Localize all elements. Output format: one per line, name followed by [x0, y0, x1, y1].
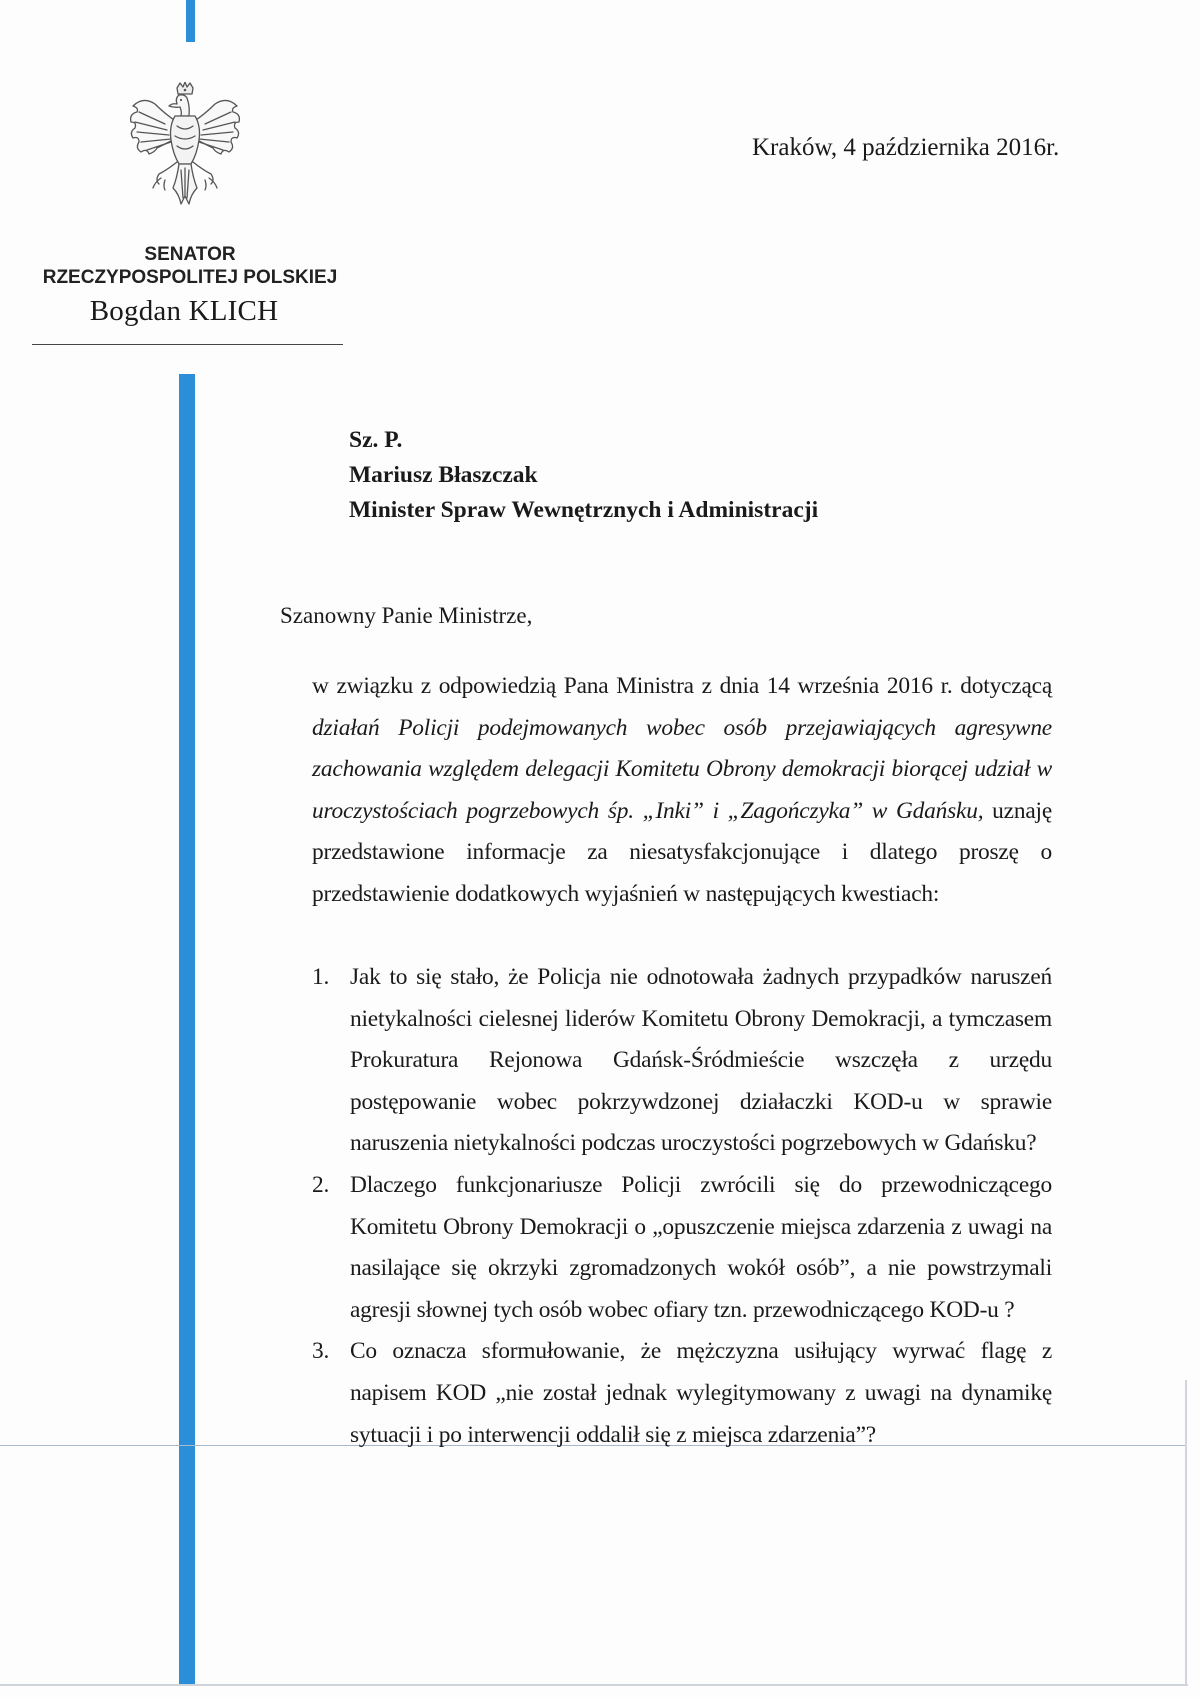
- question-text: Jak to się stało, że Policja nie odnotow…: [350, 964, 1052, 1156]
- recipient-block: Sz. P. Mariusz Błaszczak Minister Spraw …: [349, 423, 818, 528]
- date-line: Kraków, 4 października 2016r.: [752, 134, 1059, 162]
- recipient-prefix: Sz. P.: [349, 423, 818, 458]
- accent-bar-top: [186, 0, 195, 42]
- question-number: 2.: [312, 1165, 329, 1207]
- accent-bar-left: [179, 374, 195, 1684]
- question-number: 1.: [312, 957, 329, 999]
- recipient-name: Mariusz Błaszczak: [349, 458, 818, 493]
- question-number: 3.: [312, 1331, 329, 1373]
- sender-name: Bogdan KLICH: [18, 295, 350, 328]
- letter-page: Kraków, 4 października 2016r. SENATOR RZ…: [0, 0, 1200, 1697]
- page-bottom-edge: [0, 1684, 1188, 1686]
- intro-paragraph: w związku z odpowiedzią Pana Ministra z …: [312, 666, 1052, 916]
- question-item: 1. Jak to się stało, że Policja nie odno…: [312, 957, 1052, 1165]
- letterhead-sender: SENATOR RZECZYPOSPOLITEJ POLSKIEJ Bogdan…: [30, 243, 350, 328]
- questions-list: 1. Jak to się stało, że Policja nie odno…: [312, 957, 1052, 1456]
- question-item: 3. Co oznacza sformułowanie, że mężczyzn…: [312, 1331, 1052, 1456]
- intro-text-part1: w związku z odpowiedzią Pana Ministra z …: [312, 673, 1052, 699]
- salutation: Szanowny Panie Ministrze,: [280, 603, 532, 629]
- sender-title-line1: SENATOR: [30, 243, 350, 266]
- sender-title-line2: RZECZYPOSPOLITEJ POLSKIEJ: [30, 266, 350, 289]
- letterhead-divider: [32, 344, 343, 345]
- question-text: Co oznacza sformułowanie, że mężczyzna u…: [350, 1338, 1052, 1447]
- intro-text-italic: działań Policji podejmowanych wobec osób…: [312, 715, 1052, 824]
- question-item: 2. Dlaczego funkcjonariusze Policji zwró…: [312, 1165, 1052, 1331]
- polish-eagle-emblem-icon: [125, 82, 245, 207]
- question-text: Dlaczego funkcjonariusze Policji zwrócil…: [350, 1172, 1052, 1323]
- recipient-position: Minister Spraw Wewnętrznych i Administra…: [349, 493, 818, 528]
- page-edge: [1185, 1380, 1187, 1685]
